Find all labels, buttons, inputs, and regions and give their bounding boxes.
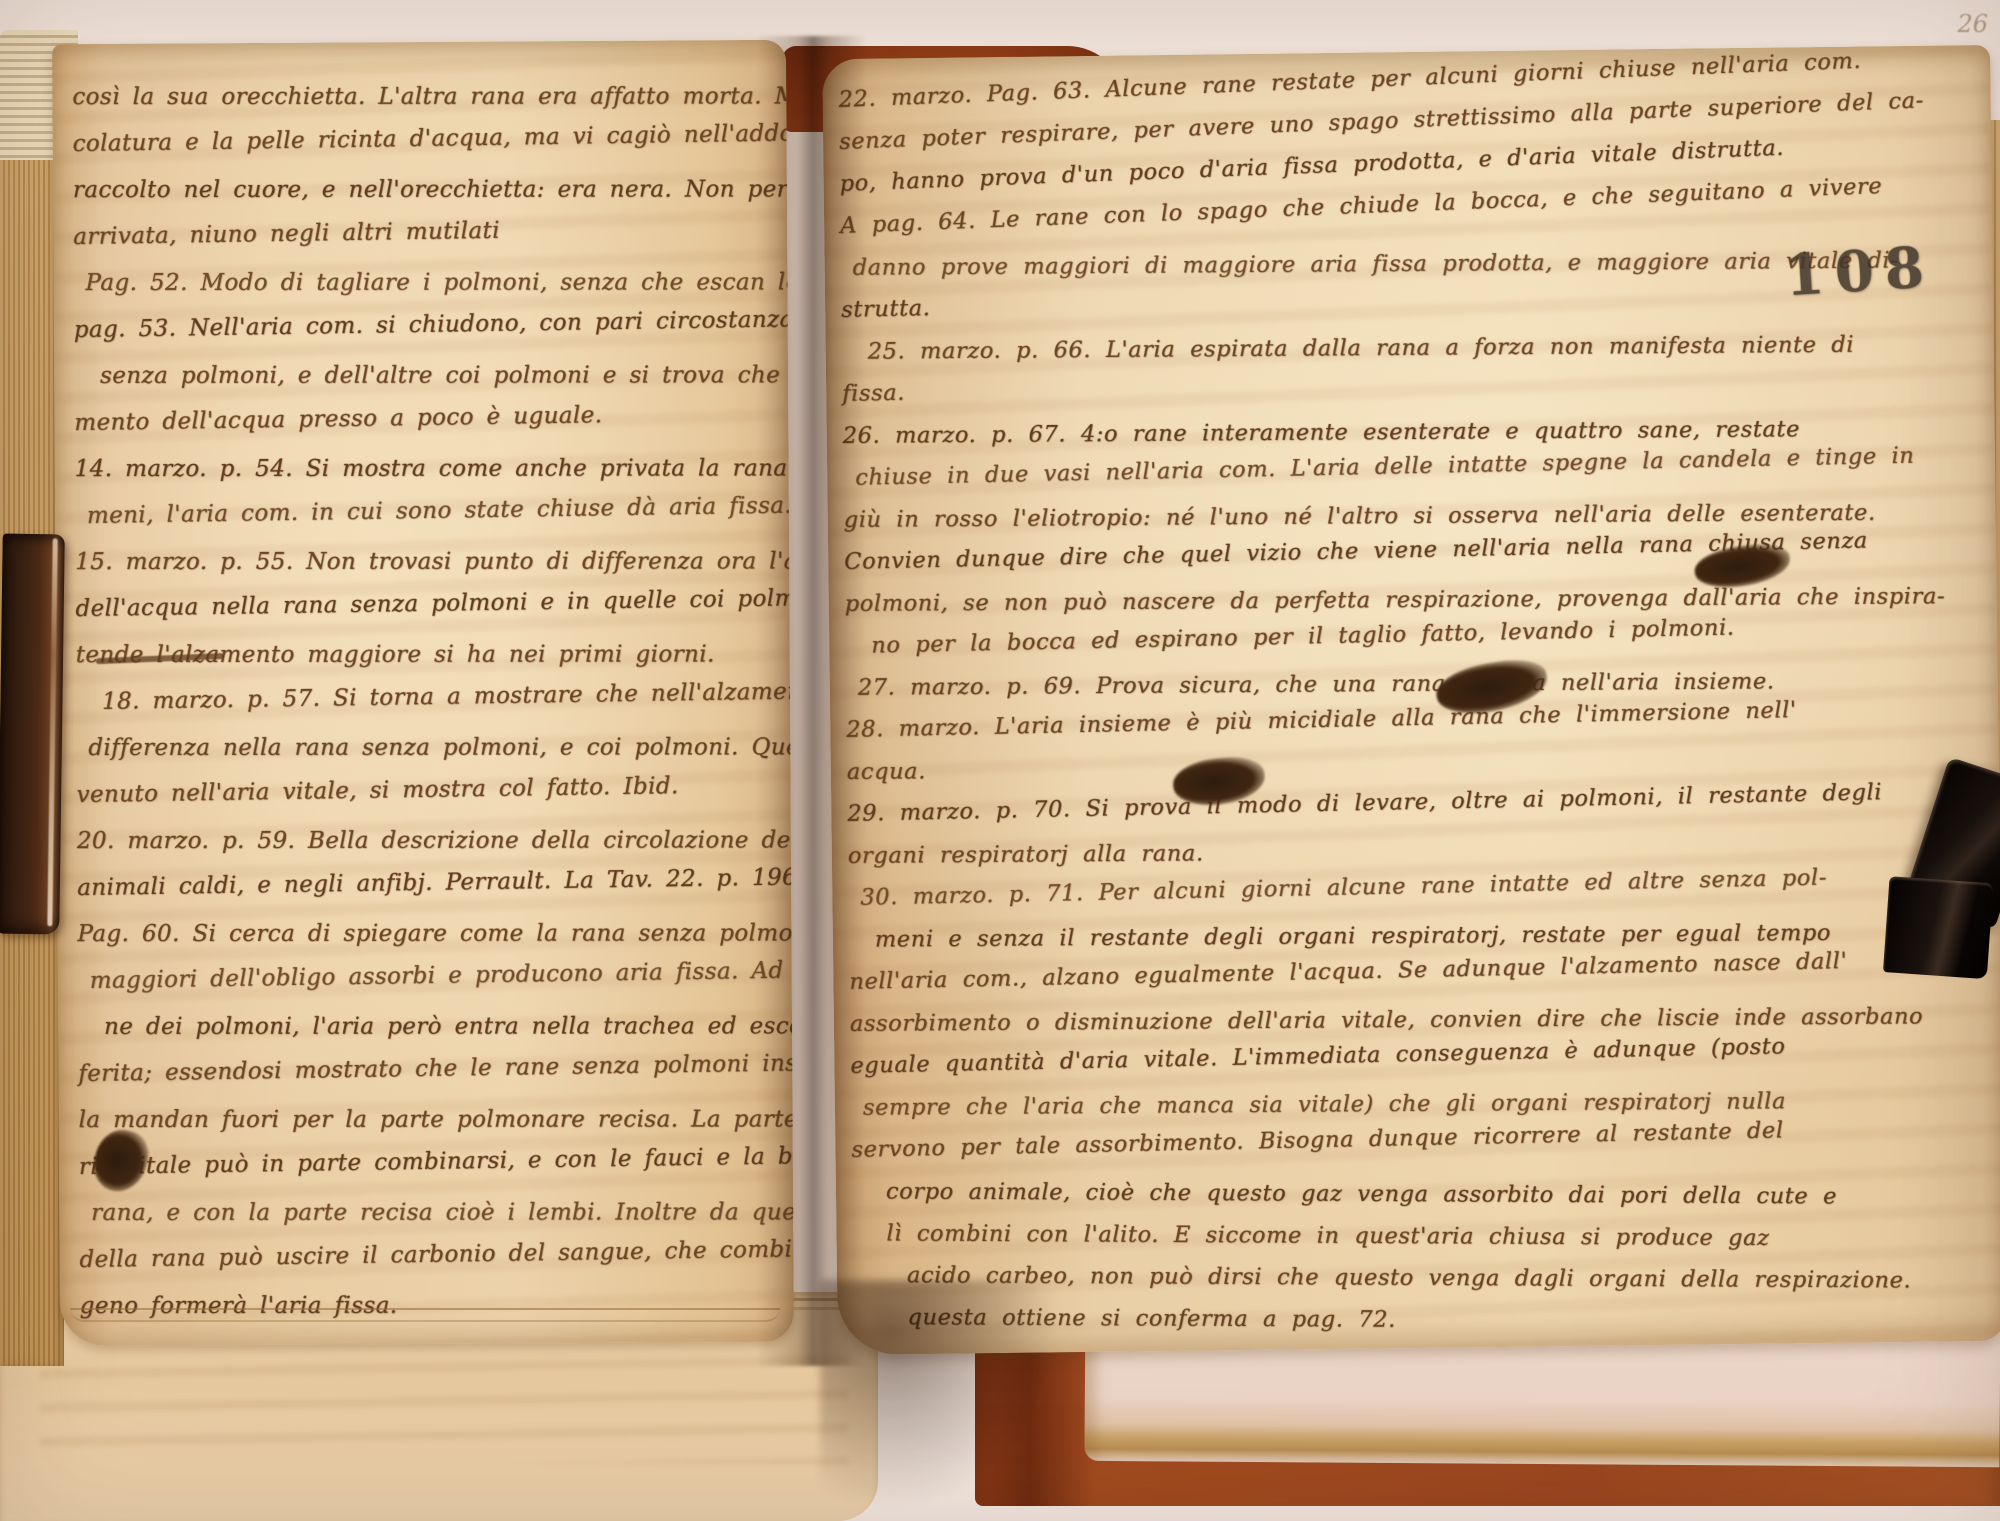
manuscript-line: venuto nell'aria vitale, si mostra col f… [76, 761, 785, 818]
leaf-edge-line [70, 1308, 780, 1322]
left-page: così la sua orecchietta. L'altra rana er… [52, 40, 794, 1346]
manuscript-line: maggiori dell'obligo assorbi e producono… [89, 947, 786, 1004]
manuscript-line: arrivata, niuno negli altri mutilati [73, 203, 782, 260]
manuscript-line: dell'acqua nella rana senza polmoni e in… [75, 575, 784, 632]
manuscript-line: 18. marzo. p. 57. Si torna a mostrare ch… [102, 668, 785, 725]
manuscript-line: meni, l'aria com. in cui sono state chiu… [87, 482, 784, 539]
manuscript-line: acido carbeo, non può dirsi che questo v… [907, 1254, 2000, 1302]
manuscript-line: della rana può uscire il carbonio del sa… [79, 1226, 788, 1283]
manuscript-line: ferita; essendosi mostrato che le rane s… [78, 1040, 787, 1097]
left-page-text: così la sua orecchietta. L'altra rana er… [52, 40, 794, 1330]
right-page-text: 22. marzo. Pag. 63. Alcune rane restate … [822, 45, 2000, 1339]
manuscript-line: mento dell'acqua presso a poco è uguale. [74, 389, 783, 446]
manuscript-line: ria vitale può in parte combinarsi, e co… [79, 1133, 788, 1190]
manuscript-line: pag. 53. Nell'aria com. si chiudono, con… [73, 296, 782, 353]
manuscript-line: colatura e la pelle ricinta d'acqua, ma … [72, 110, 781, 167]
leather-strap-left [0, 534, 65, 935]
manuscript-line: geno formerà l'aria fissa. [80, 1282, 788, 1329]
folio-corner-mark: 26 [1957, 10, 1988, 38]
right-page: 108 22. marzo. Pag. 63. Alcune rane rest… [822, 45, 2000, 1355]
photo-backdrop: così la sua orecchietta. L'altra rana er… [0, 0, 2000, 1521]
manuscript-line: lì combini con l'alito. E siccome in que… [886, 1212, 2000, 1260]
page-number-stamp: 108 [1783, 234, 1937, 310]
manuscript-line: animali caldi, e negli anfibj. Perrault.… [77, 854, 786, 911]
manuscript-line: corpo animale, cioè che questo gaz venga… [886, 1170, 2000, 1218]
manuscript-line: questa ottiene si conferma a pag. 72. [907, 1296, 2000, 1344]
